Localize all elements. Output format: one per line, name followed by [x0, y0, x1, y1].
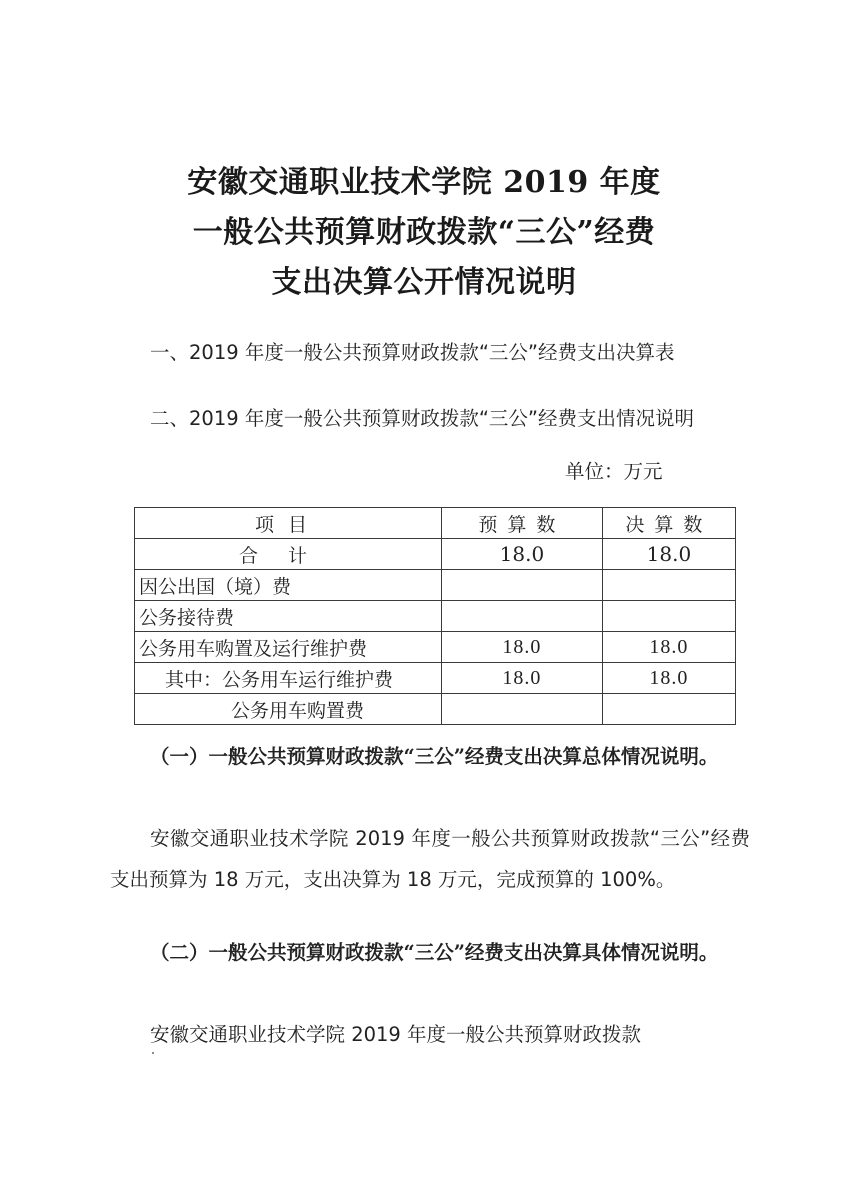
row-budget — [441, 601, 602, 632]
header-actual: 决算数 — [602, 508, 735, 539]
table-row: 公务用车购置费 — [135, 694, 736, 725]
table-row: 其中：公务用车运行维护费 18.0 18.0 — [135, 663, 736, 694]
row-budget: 18.0 — [441, 539, 602, 570]
toc-item-1: 一、2019 年度一般公共预算财政拨款“三公”经费支出决算表 — [110, 336, 750, 369]
row-item: 公务接待费 — [135, 601, 442, 632]
document-title: 安徽交通职业技术学院 2019 年度 一般公共预算财政拨款“三公”经费 支出决算… — [0, 158, 848, 308]
title-line-1: 安徽交通职业技术学院 2019 年度 — [0, 158, 848, 208]
table-row: 因公出国（境）费 — [135, 570, 736, 601]
row-actual — [602, 694, 735, 725]
section-2-heading: （二）一般公共预算财政拨款“三公”经费支出决算具体情况说明。 — [110, 933, 750, 973]
section-2-body: 安徽交通职业技术学院 2019 年度一般公共预算财政拨款 — [110, 1014, 750, 1055]
table-row-total: 合计 18.0 18.0 — [135, 539, 736, 570]
section-1-heading: （一）一般公共预算财政拨款“三公”经费支出决算总体情况说明。 — [110, 737, 750, 777]
row-budget — [441, 694, 602, 725]
row-actual: 18.0 — [602, 539, 735, 570]
toc-item-2: 二、2019 年度一般公共预算财政拨款“三公”经费支出情况说明 — [110, 402, 750, 435]
row-item: 公务用车购置及运行维护费 — [135, 632, 442, 663]
row-actual: 18.0 — [602, 663, 735, 694]
row-budget — [441, 570, 602, 601]
unit-label: 单位：万元 — [565, 456, 663, 484]
table-row: 公务接待费 — [135, 601, 736, 632]
row-budget: 18.0 — [441, 663, 602, 694]
header-item: 项目 — [135, 508, 442, 539]
row-actual: 18.0 — [602, 632, 735, 663]
row-item: 因公出国（境）费 — [135, 570, 442, 601]
row-actual — [602, 601, 735, 632]
row-item: 其中：公务用车运行维护费 — [135, 663, 442, 694]
title-line-3: 支出决算公开情况说明 — [0, 258, 848, 308]
document-page: 安徽交通职业技术学院 2019 年度 一般公共预算财政拨款“三公”经费 支出决算… — [0, 0, 848, 1200]
table-header-row: 项目 预算数 决算数 — [135, 508, 736, 539]
three-public-expenses-table: 项目 预算数 决算数 合计 18.0 18.0 因公出国（境）费 公务接待费 — [134, 507, 736, 725]
header-budget: 预算数 — [441, 508, 602, 539]
row-item: 公务用车购置费 — [135, 694, 442, 725]
scan-artifact — [152, 1052, 154, 1054]
section-1-body: 安徽交通职业技术学院 2019 年度一般公共预算财政拨款“三公”经费支出预算为 … — [110, 818, 750, 900]
row-actual — [602, 570, 735, 601]
row-item: 合计 — [135, 539, 442, 570]
row-budget: 18.0 — [441, 632, 602, 663]
title-line-2: 一般公共预算财政拨款“三公”经费 — [0, 208, 848, 258]
table-row: 公务用车购置及运行维护费 18.0 18.0 — [135, 632, 736, 663]
